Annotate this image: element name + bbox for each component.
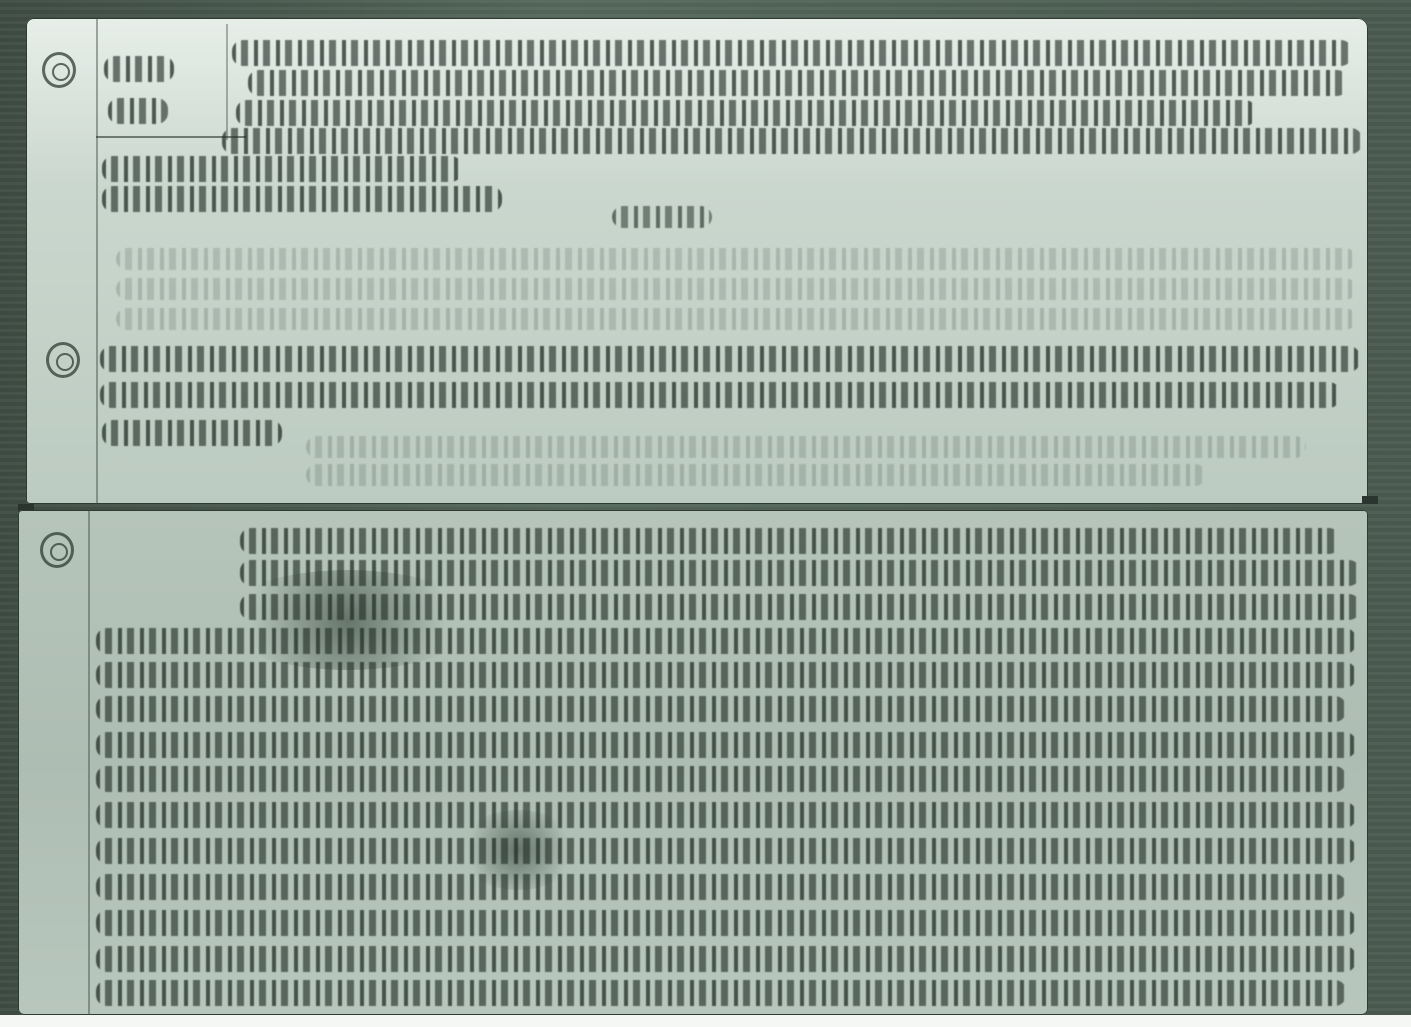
spiral-section-mark-icon	[46, 342, 80, 378]
manuscript-leaf-bottom: Lower leaf: a single spiral section mark…	[18, 510, 1368, 1015]
photo-bottom-border	[0, 1015, 1411, 1027]
spiral-section-mark-icon	[42, 52, 76, 88]
header-vertical-rule	[226, 24, 228, 140]
left-margin-rule	[96, 18, 98, 504]
spiral-section-mark-icon	[40, 532, 74, 568]
fold-notch-right	[1362, 496, 1378, 504]
manuscript-leaf-top: Upper leaf: dense heavily overwritten he…	[26, 18, 1368, 504]
left-margin-rule	[88, 510, 90, 1015]
